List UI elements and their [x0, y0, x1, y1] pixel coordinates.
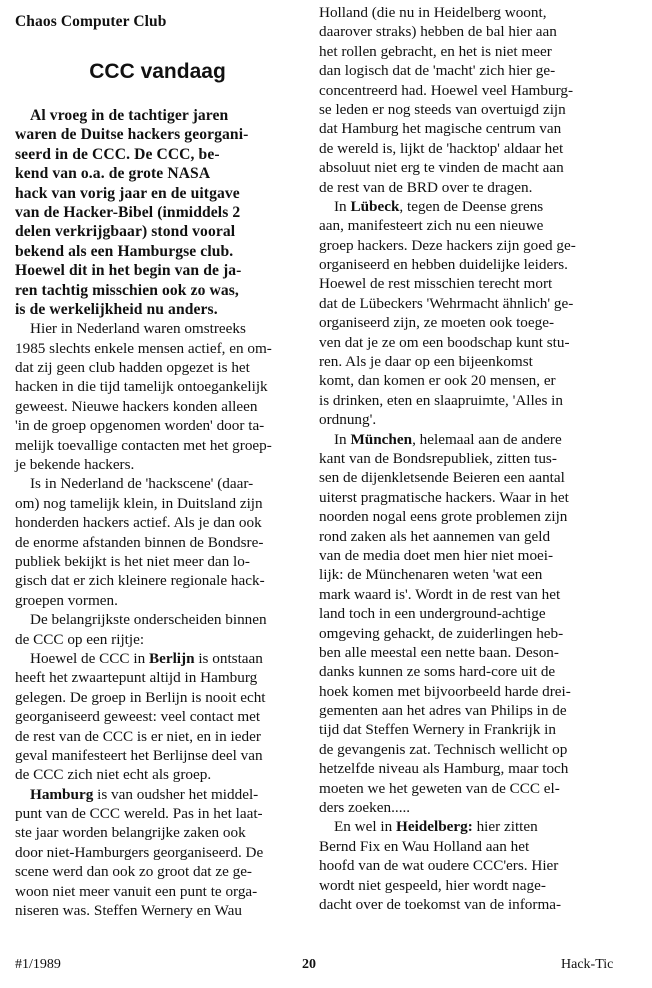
city-name-hamburg: Hamburg [30, 786, 93, 803]
text-line: honderden hackers actief. Als je dan ook [15, 513, 307, 532]
magazine-page: Chaos Computer Club CCC vandaag Al vroeg… [0, 0, 652, 988]
text-line: danks kunnen ze soms hard-core uit de [319, 662, 611, 681]
text-line: melijk toevallige contacten met het groe… [15, 436, 307, 455]
paragraph-munchen: In München, helemaal aan de andere kant … [319, 430, 611, 818]
text-line: noorden nogal eens grote problemen zijn [319, 507, 611, 526]
text-line: georganiseerd geweest: veel contact met [15, 707, 307, 726]
text-line: dacht over de toekomst van de informa- [319, 895, 611, 914]
text-line: is de werkelijkheid nu anders. [15, 300, 307, 319]
text-fragment: , tegen de Deense grens [399, 198, 543, 215]
text-line: De belangrijkste onderscheiden binnen [15, 610, 307, 629]
issue-number: #1/1989 [15, 957, 61, 973]
city-name-berlijn: Berlijn [149, 650, 195, 667]
text-line: Holland (die nu in Heidelberg woont, [319, 3, 611, 22]
text-line: niseren was. Steffen Wernery en Wau [15, 901, 307, 920]
article-title: CCC vandaag [15, 60, 300, 84]
text-line: groepen vormen. [15, 591, 307, 610]
text-line: Al vroeg in de tachtiger jaren [15, 106, 307, 125]
text-line: concentreerd had. Hoewel veel Hamburg- [319, 81, 611, 100]
text-line: van de media doet men hier niet moei- [319, 546, 611, 565]
text-line: delen verkrijgbaar) stond vooral [15, 222, 307, 241]
text-fragment: , helemaal aan de andere [412, 431, 562, 448]
text-line: ren tachtig misschien ook zo was, [15, 281, 307, 300]
text-line: moeten we het geweten van de CCC el- [319, 779, 611, 798]
text-line: In München, helemaal aan de andere [319, 430, 611, 449]
paragraph-berlijn: Hoewel de CCC in Berlijn is ontstaan hee… [15, 649, 307, 785]
city-name-heidelberg: Heidelberg: [396, 818, 473, 835]
text-line: daarover straks) hebben de bal hier aan [319, 22, 611, 41]
paragraph-onderscheiden: De belangrijkste onderscheiden binnende … [15, 610, 307, 649]
text-line: de enorme afstanden binnen de Bondsre- [15, 533, 307, 552]
text-fragment: is van oudsher het middel- [93, 786, 258, 803]
text-line: tijd dat Steffen Wernery in Frankrijk in [319, 720, 611, 739]
text-line: scene werd dan ook zo groot dat ze ge- [15, 862, 307, 881]
text-fragment: En wel in [334, 818, 396, 835]
text-line: 'in de groep opgenomen worden' door ta- [15, 416, 307, 435]
text-line: ben alle meestal een nette baan. Deson- [319, 643, 611, 662]
text-line: seerd in de CCC. De CCC, be- [15, 145, 307, 164]
text-line: Is in Nederland de 'hackscene' (daar- [15, 474, 307, 493]
text-line: geweest. Nieuwe hackers konden alleen [15, 397, 307, 416]
text-line: de gevangenis zat. Technisch wellicht op [319, 740, 611, 759]
text-fragment: hier zitten [473, 818, 538, 835]
text-line: hacken in die tijd tamelijk ontoegankeli… [15, 377, 307, 396]
text-fragment: is ontstaan [195, 650, 263, 667]
text-line: is drinken, eten en slaapruimte, 'Alles … [319, 391, 611, 410]
paragraph-lubeck: In Lübeck, tegen de Deense grens aan, ma… [319, 197, 611, 430]
paragraph-lines: punt van de CCC wereld. Pas in het laat-… [15, 804, 307, 920]
text-line: land toch in een underground-achtige [319, 604, 611, 623]
text-line: hack van vorig jaar en de uitgave [15, 184, 307, 203]
paragraph-nederland: Hier in Nederland waren omstreeks1985 sl… [15, 319, 307, 474]
page-number: 20 [302, 957, 316, 973]
text-line: wordt niet gespeeld, hier wordt nage- [319, 876, 611, 895]
text-line: kant van de Bondsrepubliek, zitten tus- [319, 449, 611, 468]
text-line: dat de Lübeckers 'Wehrmacht ähnlich' ge- [319, 294, 611, 313]
text-line: heeft het zwaartepunt altijd in Hamburg [15, 668, 307, 687]
text-fragment: In [334, 198, 350, 215]
paragraph-hamburg-continued: Holland (die nu in Heidelberg woont,daar… [319, 3, 611, 197]
text-line: hetzelfde niveau als Hamburg, maar toch [319, 759, 611, 778]
text-fragment: In [334, 431, 350, 448]
text-line: ren. Als je daar op een bijeenkomst [319, 352, 611, 371]
publication-name: Hack-Tic [561, 957, 613, 973]
left-column: Al vroeg in de tachtiger jarenwaren de D… [15, 106, 307, 920]
text-line: lijk: de Münchenaren weten 'wat een [319, 565, 611, 584]
text-line: organiseerd en hebben duidelijke leiders… [319, 255, 611, 274]
text-line: de CCC op een rijtje: [15, 630, 307, 649]
text-line: geval manifesteert het Berlijnse deel va… [15, 746, 307, 765]
text-line: woon niet meer vanuit een punt te orga- [15, 882, 307, 901]
text-line: dan logisch dat de 'macht' zich hier ge- [319, 61, 611, 80]
section-label: Chaos Computer Club [15, 13, 166, 31]
text-line: 1985 slechts enkele mensen actief, en om… [15, 339, 307, 358]
text-line: gelegen. De groep in Berlijn is nooit ec… [15, 688, 307, 707]
paragraph-lines: Bernd Fix en Wau Holland aan hethoofd va… [319, 837, 611, 915]
text-line: publiek bekijkt is het niet meer dan lo- [15, 552, 307, 571]
text-line: Hoewel dit in het begin van de ja- [15, 261, 307, 280]
text-line: organiseerd zijn, ze moeten ook toege- [319, 313, 611, 332]
text-line: dat Hamburg het magische centrum van [319, 119, 611, 138]
paragraph-lines: kant van de Bondsrepubliek, zitten tus-s… [319, 449, 611, 817]
text-line: Hamburg is van oudsher het middel- [15, 785, 307, 804]
text-line: In Lübeck, tegen de Deense grens [319, 197, 611, 216]
text-line: waren de Duitse hackers georgani- [15, 125, 307, 144]
paragraph-lines: heeft het zwaartepunt altijd in Hamburgg… [15, 668, 307, 784]
text-line: ders zoeken..... [319, 798, 611, 817]
text-line: groep hackers. Deze hackers zijn goed ge… [319, 236, 611, 255]
text-line: punt van de CCC wereld. Pas in het laat- [15, 804, 307, 823]
city-name-munchen: München [350, 431, 412, 448]
text-line: Bernd Fix en Wau Holland aan het [319, 837, 611, 856]
text-line: de CCC zich niet echt als groep. [15, 765, 307, 784]
text-line: om) nog tamelijk klein, in Duitsland zij… [15, 494, 307, 513]
text-line: aan, manifesteert zich nu een nieuwe [319, 216, 611, 235]
text-line: door niet-Hamburgers georganiseerd. De [15, 843, 307, 862]
text-line: hoofd van de wat oudere CCC'ers. Hier [319, 856, 611, 875]
text-line: ordnung'. [319, 410, 611, 429]
text-line: Hoewel de rest misschien terecht mort [319, 274, 611, 293]
text-line: gisch dat er zich kleinere regionale hac… [15, 571, 307, 590]
text-line: Hoewel de CCC in Berlijn is ontstaan [15, 649, 307, 668]
paragraph-hackscene: Is in Nederland de 'hackscene' (daar-om)… [15, 474, 307, 610]
text-line: uiterst pragmatische hackers. Waar in he… [319, 488, 611, 507]
text-line: mark waard is'. Wordt in de rest van het [319, 585, 611, 604]
text-line: je bekende hackers. [15, 455, 307, 474]
text-line: sen de dijenkletsende Beieren een aantal [319, 468, 611, 487]
city-name-lubeck: Lübeck [350, 198, 399, 215]
intro-paragraph: Al vroeg in de tachtiger jarenwaren de D… [15, 106, 307, 319]
text-line: omgeving gehackt, de zuiderlingen heb- [319, 624, 611, 643]
text-line: hoek komen met bijvoorbeeld harde drei- [319, 682, 611, 701]
text-line: van de Hacker-Bibel (inmiddels 2 [15, 203, 307, 222]
text-line: En wel in Heidelberg: hier zitten [319, 817, 611, 836]
text-line: de rest van de CCC is er niet, en in ied… [15, 727, 307, 746]
text-line: absoluut niet erg te vinden de macht aan [319, 158, 611, 177]
text-line: komt, dan komen er ook 20 mensen, er [319, 371, 611, 390]
text-fragment: Hoewel de CCC in [30, 650, 149, 667]
text-line: de wereld is, lijkt de 'hacktop' aldaar … [319, 139, 611, 158]
text-line: gementen aan het adres van Philips in de [319, 701, 611, 720]
text-line: Hier in Nederland waren omstreeks [15, 319, 307, 338]
text-line: ste jaar worden belangrijke zaken ook [15, 823, 307, 842]
paragraph-heidelberg: En wel in Heidelberg: hier zitten Bernd … [319, 817, 611, 914]
text-line: ven dat je ze om een boodschap kunt stu- [319, 333, 611, 352]
text-line: het rollen gebracht, en het is niet meer [319, 42, 611, 61]
text-line: de rest van de BRD over te dragen. [319, 178, 611, 197]
right-column: Holland (die nu in Heidelberg woont,daar… [319, 3, 611, 914]
text-line: bekend als een Hamburgse club. [15, 242, 307, 261]
text-line: dat zij geen club hadden opgezet is het [15, 358, 307, 377]
text-line: kend van o.a. de grote NASA [15, 164, 307, 183]
paragraph-lines: aan, manifesteert zich nu een nieuwegroe… [319, 216, 611, 429]
paragraph-hamburg: Hamburg is van oudsher het middel- punt … [15, 785, 307, 921]
text-line: se leden er nog steeds van overtuigd zij… [319, 100, 611, 119]
text-line: rond zaken als het aannemen van geld [319, 527, 611, 546]
